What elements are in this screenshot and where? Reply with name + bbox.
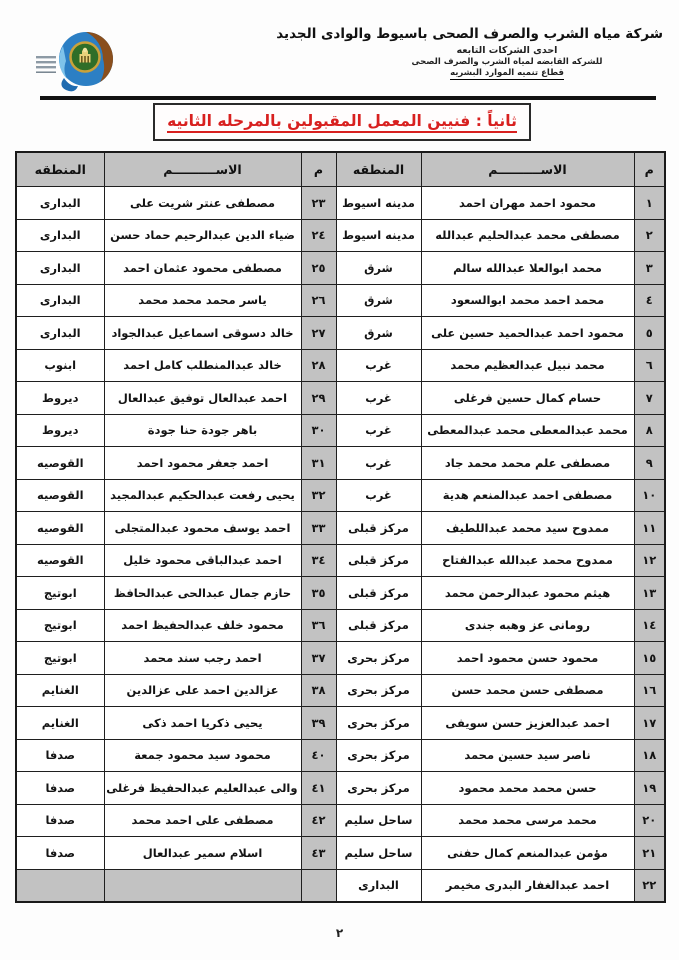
header-divider-rule — [40, 96, 656, 100]
num-left-cell: ٣٧ — [301, 642, 336, 675]
num-right-cell: ١٩ — [634, 772, 665, 805]
region-left-cell: ابوتيج — [16, 609, 104, 642]
region-right-cell: مركز بحرى — [336, 707, 421, 740]
table-header-row: م الاســــــــــم المنطقه م الاســــــــ… — [16, 152, 665, 187]
region-left-cell: القوصيه — [16, 512, 104, 545]
region-right-cell: مركز قبلى — [336, 544, 421, 577]
num-left-cell — [301, 869, 336, 902]
num-right-cell: ١٨ — [634, 739, 665, 772]
region-right-cell: مركز بحرى — [336, 674, 421, 707]
region-right-cell: شرق — [336, 252, 421, 285]
num-right-cell: ٦ — [634, 349, 665, 382]
table-row: ١٠ مصطفى احمد عبدالمنعم هدية غرب ٣٢ يحيى… — [16, 479, 665, 512]
num-left-cell: ٢٥ — [301, 252, 336, 285]
table-row: ٨ محمد عبدالمعطى محمد عبدالمعطى غرب ٣٠ ب… — [16, 414, 665, 447]
region-left-cell: ابنوب — [16, 349, 104, 382]
name-left-cell: حازم جمال عبدالحى عبدالحافظ — [104, 577, 301, 610]
region-right-cell: غرب — [336, 414, 421, 447]
num-left-cell: ٢٤ — [301, 219, 336, 252]
name-right-cell: مصطفى احمد عبدالمنعم هدية — [421, 479, 634, 512]
header-num-right: م — [634, 152, 665, 187]
name-left-cell: ياسر محمد محمد محمد — [104, 284, 301, 317]
name-left-cell: خالد دسوقى اسماعيل عبدالجواد — [104, 317, 301, 350]
name-left-cell: والى عبدالعليم عبدالحفيظ فرغلى — [104, 772, 301, 805]
num-right-cell: ٧ — [634, 382, 665, 415]
region-right-cell: البدارى — [336, 869, 421, 902]
name-left-cell: باهر جودة حنا جودة — [104, 414, 301, 447]
name-left-cell: عزالدين احمد على عزالدين — [104, 674, 301, 707]
region-left-cell: صدفا — [16, 804, 104, 837]
name-right-cell: محمود احمد عبدالحميد حسين على — [421, 317, 634, 350]
company-title: شركة مياه الشرب والصرف الصحى باسيوط والو… — [351, 26, 663, 42]
region-left-cell: البدارى — [16, 187, 104, 220]
region-left-cell: الغنايم — [16, 707, 104, 740]
region-right-cell: مركز بحرى — [336, 772, 421, 805]
num-right-cell: ٢٢ — [634, 869, 665, 902]
name-right-cell: هيثم محمود عبدالرحمن محمد — [421, 577, 634, 610]
num-left-cell: ٤٢ — [301, 804, 336, 837]
region-left-cell: ابوتيج — [16, 642, 104, 675]
region-left-cell: صدفا — [16, 772, 104, 805]
num-right-cell: ٩ — [634, 447, 665, 480]
name-left-cell: يحيى رفعت عبدالحكيم عبدالمجيد — [104, 479, 301, 512]
name-right-cell: حسن محمد محمد محمود — [421, 772, 634, 805]
num-left-cell: ٢٧ — [301, 317, 336, 350]
table-row: ١٨ ناصر سيد حسين محمد مركز بحرى ٤٠ محمود… — [16, 739, 665, 772]
num-left-cell: ٢٩ — [301, 382, 336, 415]
water-company-logo-icon — [36, 26, 122, 96]
region-right-cell: مركز قبلى — [336, 577, 421, 610]
num-left-cell: ٤٣ — [301, 837, 336, 870]
num-right-cell: ٢ — [634, 219, 665, 252]
accepted-technicians-table: م الاســــــــــم المنطقه م الاســــــــ… — [15, 151, 666, 903]
name-right-cell: رومانى عز وهبه جندى — [421, 609, 634, 642]
table-row: ١٢ ممدوح محمد عبدالله عبدالفتاح مركز قبل… — [16, 544, 665, 577]
name-left-cell: مصطفى عنتر شريت على — [104, 187, 301, 220]
num-right-cell: ١٧ — [634, 707, 665, 740]
region-left-cell: البدارى — [16, 284, 104, 317]
table-row: ٣ محمد ابوالعلا عبدالله سالم شرق ٢٥ مصطف… — [16, 252, 665, 285]
num-left-cell: ٣٣ — [301, 512, 336, 545]
num-right-cell: ١٥ — [634, 642, 665, 675]
name-left-cell: احمد عبدالعال توفيق عبدالعال — [104, 382, 301, 415]
section-banner-title: ثانياً : فنيين المعمل المقبولين بالمرحله… — [167, 112, 517, 133]
name-right-cell: محمود حسن محمود احمد — [421, 642, 634, 675]
name-left-cell — [104, 869, 301, 902]
table-row: ١٧ احمد عبدالعزيز حسن سويفى مركز بحرى ٣٩… — [16, 707, 665, 740]
name-left-cell: احمد رجب سند محمد — [104, 642, 301, 675]
region-right-cell: غرب — [336, 382, 421, 415]
table-row: ٥ محمود احمد عبدالحميد حسين على شرق ٢٧ خ… — [16, 317, 665, 350]
name-left-cell: احمد يوسف محمود عبدالمتجلى — [104, 512, 301, 545]
name-right-cell: محمد نبيل عبدالعظيم محمد — [421, 349, 634, 382]
table-row: ٧ حسام كمال حسين فرغلى غرب ٢٩ احمد عبدال… — [16, 382, 665, 415]
region-right-cell: مدينه اسيوط — [336, 187, 421, 220]
name-right-cell: احمد عبدالعزيز حسن سويفى — [421, 707, 634, 740]
region-left-cell: ديروط — [16, 382, 104, 415]
name-right-cell: محمد ابوالعلا عبدالله سالم — [421, 252, 634, 285]
num-left-cell: ٣٠ — [301, 414, 336, 447]
num-left-cell: ٣٦ — [301, 609, 336, 642]
region-left-cell: صدفا — [16, 837, 104, 870]
num-right-cell: ٢٠ — [634, 804, 665, 837]
letterhead: شركة مياه الشرب والصرف الصحى باسيوط والو… — [351, 26, 663, 81]
num-left-cell: ٢٣ — [301, 187, 336, 220]
table-row: ٩ مصطفى علم محمد محمد جاد غرب ٣١ احمد جع… — [16, 447, 665, 480]
num-right-cell: ١٠ — [634, 479, 665, 512]
region-left-cell: القوصيه — [16, 479, 104, 512]
name-right-cell: مصطفى حسن محمد حسن — [421, 674, 634, 707]
region-right-cell: شرق — [336, 284, 421, 317]
name-right-cell: محمد مرسى محمد محمد — [421, 804, 634, 837]
header-region-left: المنطقه — [16, 152, 104, 187]
region-right-cell: ساحل سليم — [336, 837, 421, 870]
name-left-cell: مصطفى على احمد محمد — [104, 804, 301, 837]
region-right-cell: غرب — [336, 479, 421, 512]
table-row: ٢٠ محمد مرسى محمد محمد ساحل سليم ٤٢ مصطف… — [16, 804, 665, 837]
num-left-cell: ٣١ — [301, 447, 336, 480]
name-right-cell: ناصر سيد حسين محمد — [421, 739, 634, 772]
region-left-cell: البدارى — [16, 317, 104, 350]
num-left-cell: ٤٠ — [301, 739, 336, 772]
num-left-cell: ٣٤ — [301, 544, 336, 577]
scanned-document-page: شركة مياه الشرب والصرف الصحى باسيوط والو… — [0, 0, 679, 960]
table-row: ٢٢ احمد عبدالغفار البدرى مخيمر البدارى — [16, 869, 665, 902]
num-right-cell: ١ — [634, 187, 665, 220]
region-left-cell: القوصيه — [16, 544, 104, 577]
table-row: ١٣ هيثم محمود عبدالرحمن محمد مركز قبلى ٣… — [16, 577, 665, 610]
region-right-cell: شرق — [336, 317, 421, 350]
header-name-left: الاســــــــــم — [104, 152, 301, 187]
name-right-cell: مصطفى محمد عبدالحليم عبدالله — [421, 219, 634, 252]
name-right-cell: ممدوح سيد محمد عبداللطيف — [421, 512, 634, 545]
name-left-cell: يحيى ذكريا احمد ذكى — [104, 707, 301, 740]
region-right-cell: مدينه اسيوط — [336, 219, 421, 252]
name-left-cell: ضياء الدين عبدالرحيم حماد حسن — [104, 219, 301, 252]
region-right-cell: غرب — [336, 349, 421, 382]
name-left-cell: محمود سيد محمود جمعة — [104, 739, 301, 772]
region-right-cell: ساحل سليم — [336, 804, 421, 837]
name-right-cell: ممدوح محمد عبدالله عبدالفتاح — [421, 544, 634, 577]
num-right-cell: ١١ — [634, 512, 665, 545]
num-right-cell: ١٤ — [634, 609, 665, 642]
region-left-cell: ابوتيج — [16, 577, 104, 610]
num-right-cell: ٤ — [634, 284, 665, 317]
header-name-right: الاســــــــــم — [421, 152, 634, 187]
table-row: ١ محمود احمد مهران احمد مدينه اسيوط ٢٣ م… — [16, 187, 665, 220]
num-right-cell: ١٣ — [634, 577, 665, 610]
table-row: ١٩ حسن محمد محمد محمود مركز بحرى ٤١ والى… — [16, 772, 665, 805]
region-left-cell: البدارى — [16, 252, 104, 285]
table-row: ٢ مصطفى محمد عبدالحليم عبدالله مدينه اسي… — [16, 219, 665, 252]
table-row: ٤ محمد احمد محمد ابوالسعود شرق ٢٦ ياسر م… — [16, 284, 665, 317]
table-row: ٢١ مؤمن عبدالمنعم كمال حفنى ساحل سليم ٤٣… — [16, 837, 665, 870]
table-row: ١٤ رومانى عز وهبه جندى مركز قبلى ٣٦ محمو… — [16, 609, 665, 642]
num-left-cell: ٢٦ — [301, 284, 336, 317]
name-right-cell: مصطفى علم محمد محمد جاد — [421, 447, 634, 480]
region-right-cell: مركز قبلى — [336, 512, 421, 545]
region-right-cell: مركز قبلى — [336, 609, 421, 642]
num-right-cell: ١٢ — [634, 544, 665, 577]
num-left-cell: ٣٥ — [301, 577, 336, 610]
num-right-cell: ٣ — [634, 252, 665, 285]
num-right-cell: ٢١ — [634, 837, 665, 870]
region-left-cell: البدارى — [16, 219, 104, 252]
num-right-cell: ٨ — [634, 414, 665, 447]
section-banner: ثانياً : فنيين المعمل المقبولين بالمرحله… — [153, 103, 531, 141]
name-left-cell: خالد عبدالمنطلب كامل احمد — [104, 349, 301, 382]
company-subtitle-2: للشركه القابضه لمياه الشرب والصرف الصحى — [351, 57, 663, 67]
name-right-cell: محمد احمد محمد ابوالسعود — [421, 284, 634, 317]
region-right-cell: مركز بحرى — [336, 642, 421, 675]
company-subtitle-3: قطاع تنميه الموارد البشريه — [351, 68, 663, 80]
name-right-cell: احمد عبدالغفار البدرى مخيمر — [421, 869, 634, 902]
table-body: ١ محمود احمد مهران احمد مدينه اسيوط ٢٣ م… — [16, 187, 665, 903]
name-left-cell: احمد جعفر محمود احمد — [104, 447, 301, 480]
name-right-cell: حسام كمال حسين فرغلى — [421, 382, 634, 415]
company-subtitle-1: احدى الشركات التابعه — [351, 45, 663, 56]
region-left-cell: الغنايم — [16, 674, 104, 707]
name-right-cell: مؤمن عبدالمنعم كمال حفنى — [421, 837, 634, 870]
name-left-cell: مصطفى محمود عثمان احمد — [104, 252, 301, 285]
name-left-cell: اسلام سمير عبدالعال — [104, 837, 301, 870]
region-right-cell: غرب — [336, 447, 421, 480]
name-right-cell: محمد عبدالمعطى محمد عبدالمعطى — [421, 414, 634, 447]
region-left-cell: صدفا — [16, 739, 104, 772]
num-left-cell: ٣٩ — [301, 707, 336, 740]
table-row: ٦ محمد نبيل عبدالعظيم محمد غرب ٢٨ خالد ع… — [16, 349, 665, 382]
header-num-left: م — [301, 152, 336, 187]
region-left-cell: القوصيه — [16, 447, 104, 480]
num-left-cell: ٢٨ — [301, 349, 336, 382]
table-row: ١٦ مصطفى حسن محمد حسن مركز بحرى ٣٨ عزالد… — [16, 674, 665, 707]
region-left-cell — [16, 869, 104, 902]
name-left-cell: محمود خلف عبدالحفيظ احمد — [104, 609, 301, 642]
num-left-cell: ٤١ — [301, 772, 336, 805]
num-right-cell: ٥ — [634, 317, 665, 350]
num-right-cell: ١٦ — [634, 674, 665, 707]
num-left-cell: ٣٢ — [301, 479, 336, 512]
region-left-cell: ديروط — [16, 414, 104, 447]
table-row: ١٥ محمود حسن محمود احمد مركز بحرى ٣٧ احم… — [16, 642, 665, 675]
name-right-cell: محمود احمد مهران احمد — [421, 187, 634, 220]
name-left-cell: احمد عبدالباقى محمود خليل — [104, 544, 301, 577]
region-right-cell: مركز بحرى — [336, 739, 421, 772]
header-region-right: المنطقه — [336, 152, 421, 187]
table-row: ١١ ممدوح سيد محمد عبداللطيف مركز قبلى ٣٣… — [16, 512, 665, 545]
page-number: ٢ — [0, 926, 679, 940]
num-left-cell: ٣٨ — [301, 674, 336, 707]
